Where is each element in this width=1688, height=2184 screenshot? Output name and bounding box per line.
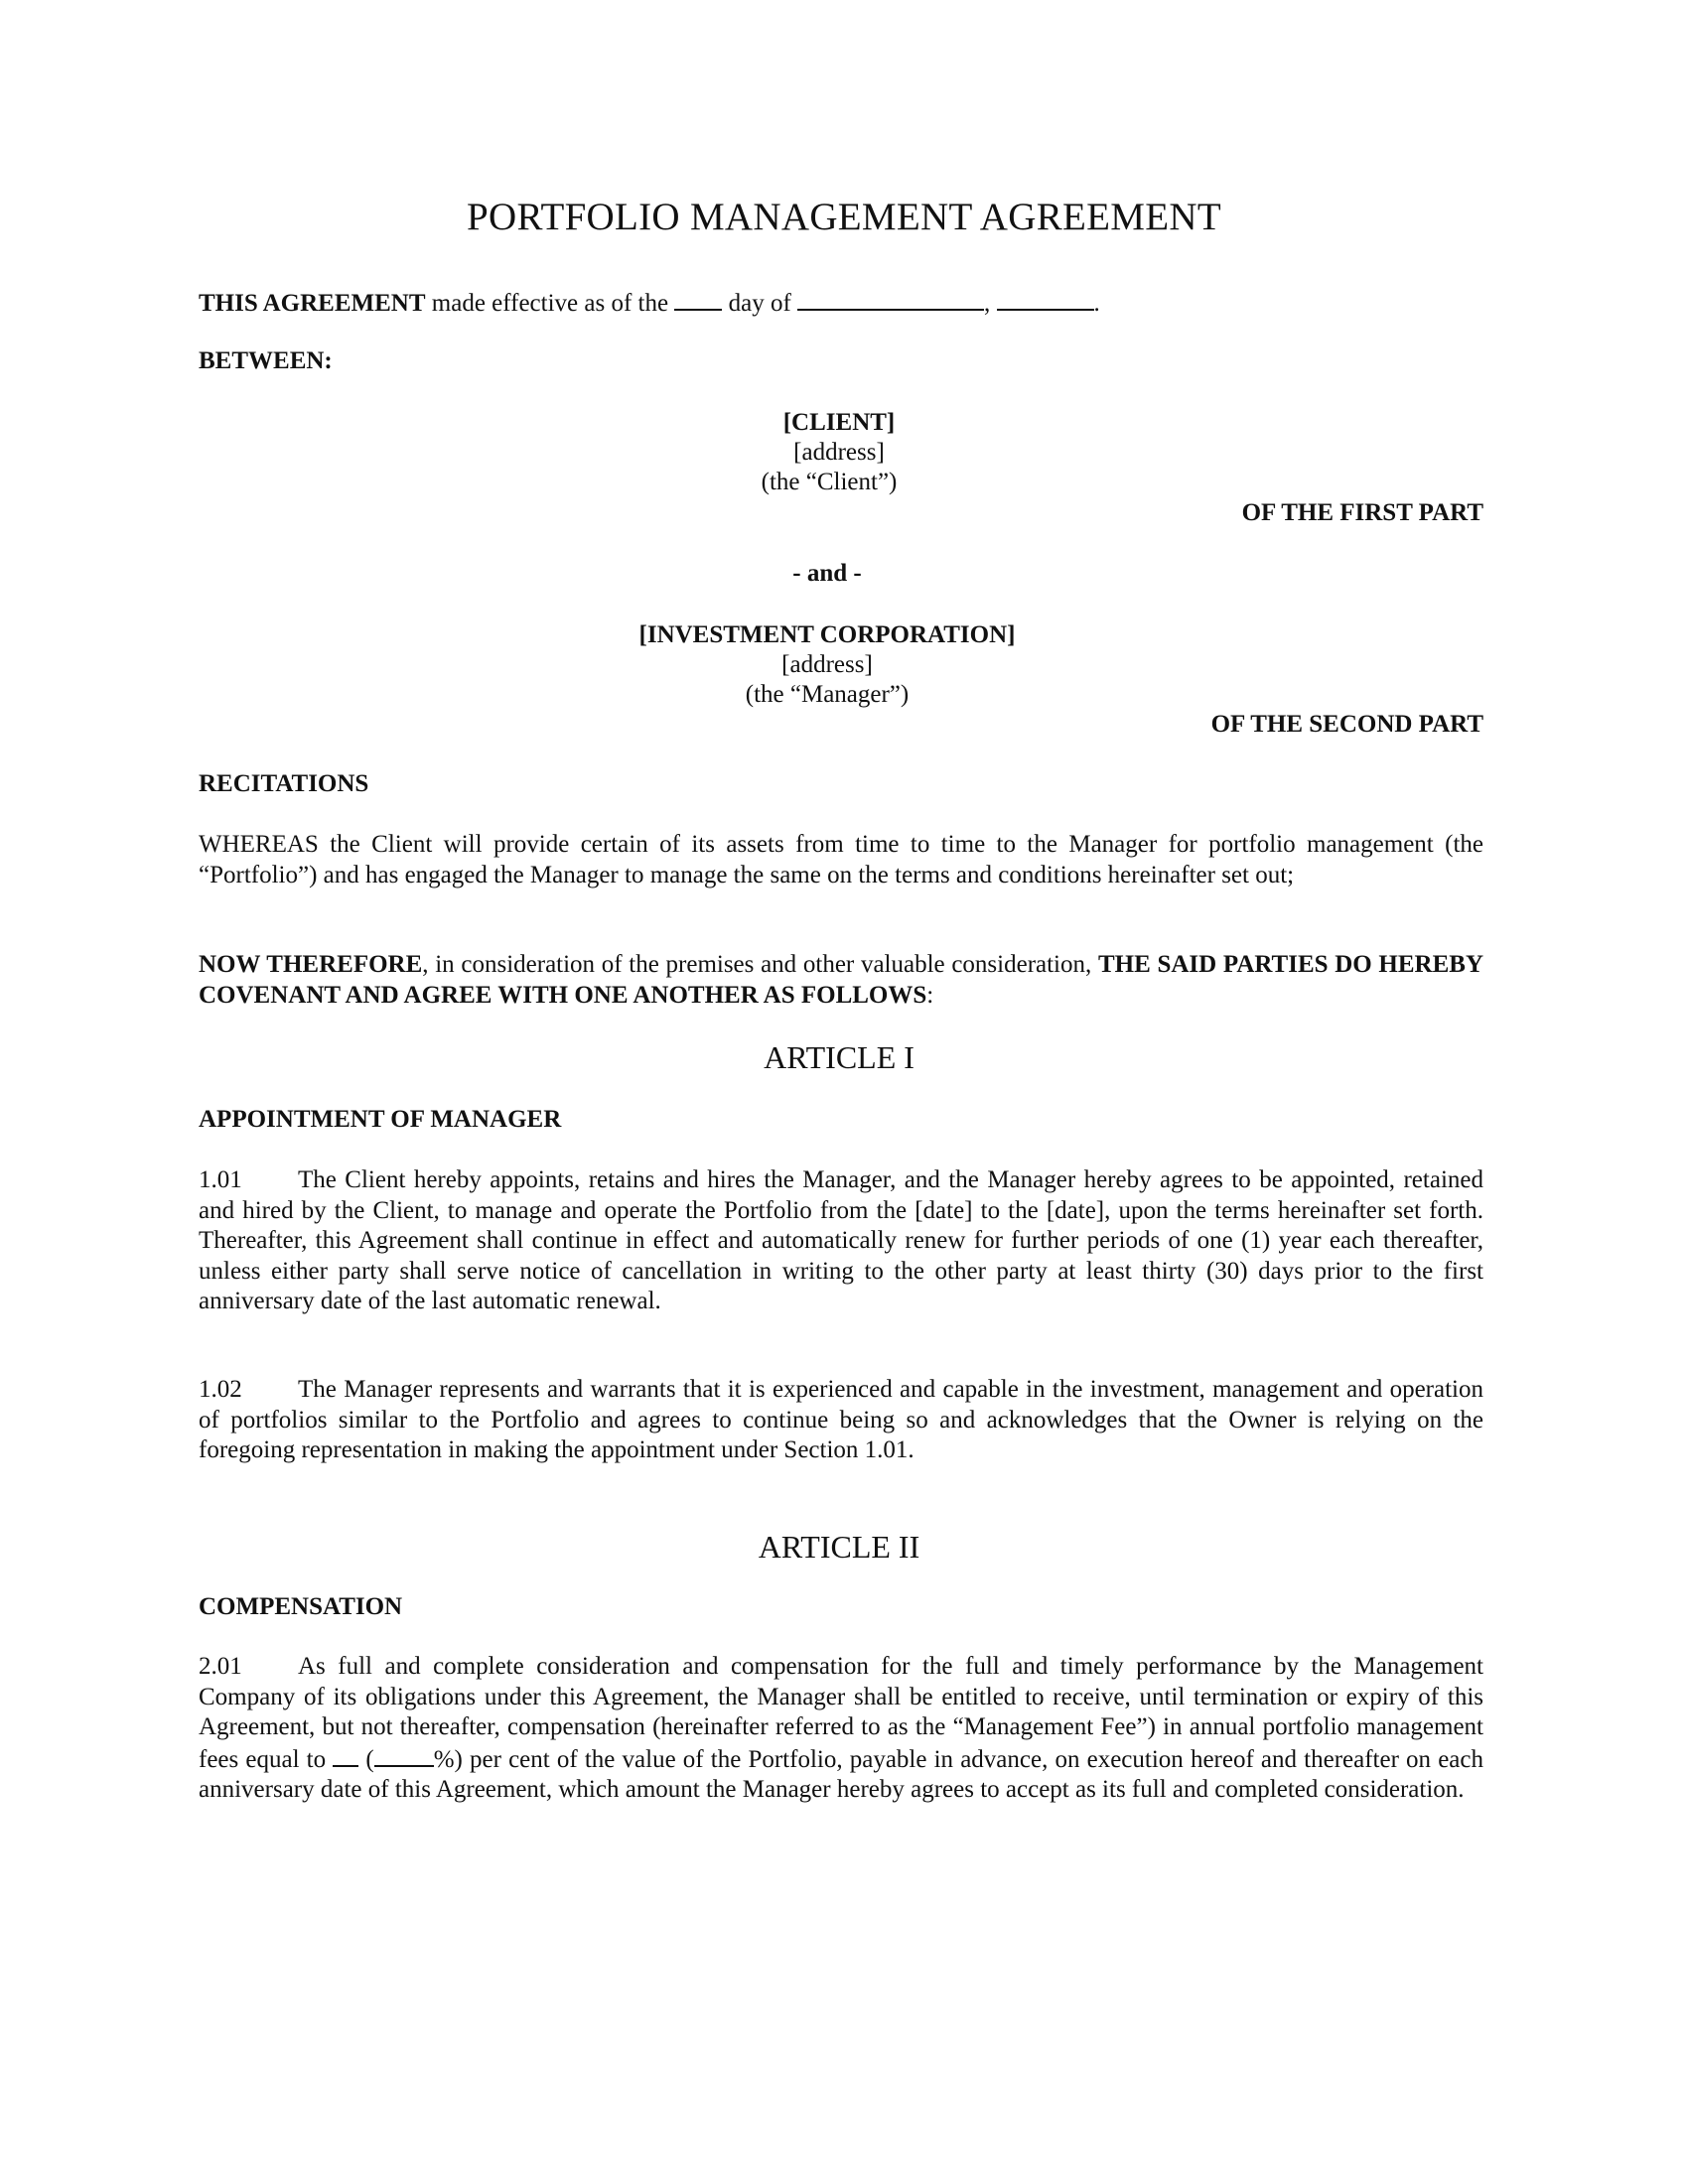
intro-bold-lead: THIS AGREEMENT [199,290,426,317]
document-page: PORTFOLIO MANAGEMENT AGREEMENT THIS AGRE… [0,0,1688,2184]
intro-line: THIS AGREEMENT made effective as of the … [199,287,1100,318]
year-blank[interactable] [997,287,1094,311]
party-1-name: [CLIENT] [194,409,1484,437]
section-1-01: 1.01The Client hereby appoints, retains … [199,1165,1483,1317]
section-1-02: 1.02The Manager represents and warrants … [199,1375,1483,1466]
article-1-heading: APPOINTMENT OF MANAGER [199,1106,561,1134]
party-2-name: [INVESTMENT CORPORATION] [182,621,1473,649]
section-number: 1.02 [199,1375,298,1406]
party-2-address: [address] [182,651,1473,679]
between-label: BETWEEN: [199,347,333,375]
month-blank[interactable] [797,287,984,311]
party-1-address: [address] [194,439,1484,467]
section-number: 2.01 [199,1652,298,1683]
recitations-heading: RECITATIONS [199,770,368,798]
article-1-title: ARTICLE I [194,1039,1484,1076]
day-blank[interactable] [674,287,722,311]
section-number: 1.01 [199,1165,298,1196]
article-2-heading: COMPENSATION [199,1593,402,1621]
document-title: PORTFOLIO MANAGEMENT AGREEMENT [0,195,1688,239]
and-label: - and - [182,560,1473,588]
section-2-01: 2.01As full and complete consideration a… [199,1652,1483,1806]
fee-words-blank[interactable] [333,1743,358,1767]
party-2-part-label: OF THE SECOND PART [0,711,1483,739]
whereas-paragraph: WHEREAS the Client will provide certain … [199,830,1483,890]
party-2-alias: (the “Manager”) [182,681,1473,709]
now-therefore-paragraph: NOW THEREFORE, in consideration of the p… [199,950,1483,1011]
article-2-title: ARTICLE II [194,1529,1484,1566]
party-1-part-label: OF THE FIRST PART [0,499,1483,527]
fee-percent-blank[interactable] [374,1743,434,1767]
party-1-alias: (the “Client”) [184,469,1475,496]
